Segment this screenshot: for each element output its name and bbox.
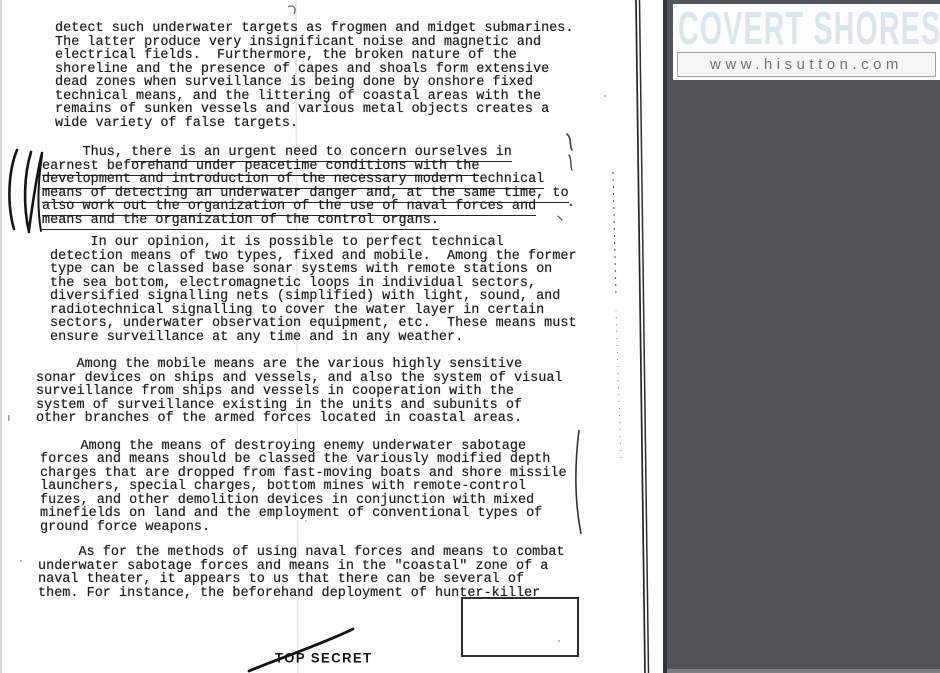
text-line: other branches of the armed forces locat… xyxy=(36,412,640,426)
text-line: detection means of two types, fixed and … xyxy=(50,250,640,264)
empty-stamp-box xyxy=(461,597,579,657)
text-line: In our opinion, it is possible to perfec… xyxy=(50,236,640,250)
website-url-text: www.hisutton.com xyxy=(710,56,903,73)
screenshot-root: detect such underwater targets as frogme… xyxy=(0,0,940,673)
text-line: The latter produce very insignificant no… xyxy=(55,36,640,50)
text-line: radiotechnical signalling to cover the w… xyxy=(50,304,640,318)
text-line: ground force weapons. xyxy=(40,521,640,535)
text-line: type can be classed base sonar systems w… xyxy=(50,263,640,277)
text-line: ensure surveillance at any time and in a… xyxy=(50,331,640,345)
paragraph: Thus, there is an urgent need to concern… xyxy=(0,146,640,227)
text-line: earnest beforehand under peacetime condi… xyxy=(42,160,640,174)
text-line: Among the mobile means are the various h… xyxy=(36,358,640,372)
scanned-document-page: detect such underwater targets as frogme… xyxy=(0,0,663,673)
brand-box: COVERT SHORES www.hisutton.com xyxy=(673,4,940,80)
text-line: As for the methods of using naval forces… xyxy=(38,546,640,560)
text-line: naval theater, it appears to us that the… xyxy=(38,573,640,587)
paragraph: In our opinion, it is possible to perfec… xyxy=(8,236,640,344)
paragraph: As for the methods of using naval forces… xyxy=(0,546,640,600)
paragraph: detect such underwater targets as frogme… xyxy=(13,22,640,130)
text-line: dead zones when surveillance is being do… xyxy=(55,76,640,90)
document-paragraphs: detect such underwater targets as frogme… xyxy=(0,22,640,600)
text-line: forces and means should be classed the v… xyxy=(40,453,640,467)
website-url-box: www.hisutton.com xyxy=(677,52,936,77)
paragraph: Among the mobile means are the various h… xyxy=(0,358,640,426)
text-line: sectors, underwater observation equipmen… xyxy=(50,317,640,331)
text-line: shoreline and the presence of capes and … xyxy=(55,63,640,77)
classification-stamp: TOP SECRET xyxy=(275,650,373,666)
text-line: underwater sabotage forces and means in … xyxy=(38,560,640,574)
brand-logo-text: COVERT SHORES xyxy=(678,5,940,51)
text-line: electrical fields. Furthermore, the brok… xyxy=(55,49,640,63)
text-line: minefields on land and the employment of… xyxy=(40,507,640,521)
text-line: sonar devices on ships and vessels, and … xyxy=(36,372,640,386)
text-line: wide variety of false targets. xyxy=(55,117,640,131)
panel-bottom-strip xyxy=(667,669,940,673)
paragraph: Among the means of destroying enemy unde… xyxy=(0,440,640,535)
small-hook-mark xyxy=(288,6,295,14)
text-line: detect such underwater targets as frogme… xyxy=(55,22,640,36)
text-line: charges that are dropped from fast-movin… xyxy=(40,467,640,481)
text-line: technical means, and the littering of co… xyxy=(55,90,640,104)
text-line: means and the organization of the contro… xyxy=(42,214,640,228)
text-line: means of detecting an underwater danger … xyxy=(42,187,640,201)
text-line: diversified signalling nets (simplified)… xyxy=(50,290,640,304)
text-line: the sea bottom, electromagnetic loops in… xyxy=(50,277,640,291)
text-line: remains of sunken vessels and various me… xyxy=(55,103,640,117)
text-line: surveillance from ships and vessels in c… xyxy=(36,385,640,399)
watermark-side-panel: COVERT SHORES www.hisutton.com xyxy=(663,0,940,673)
text-line: launchers, special charges, bottom mines… xyxy=(40,480,640,494)
text-line: fuzes, and other demolition devices in c… xyxy=(40,494,640,508)
text-line: Thus, there is an urgent need to concern… xyxy=(42,146,640,160)
text-line: system of surveillance existing in the u… xyxy=(36,399,640,413)
text-line: Among the means of destroying enemy unde… xyxy=(40,440,640,454)
text-line: development and introduction of the nece… xyxy=(42,173,640,187)
